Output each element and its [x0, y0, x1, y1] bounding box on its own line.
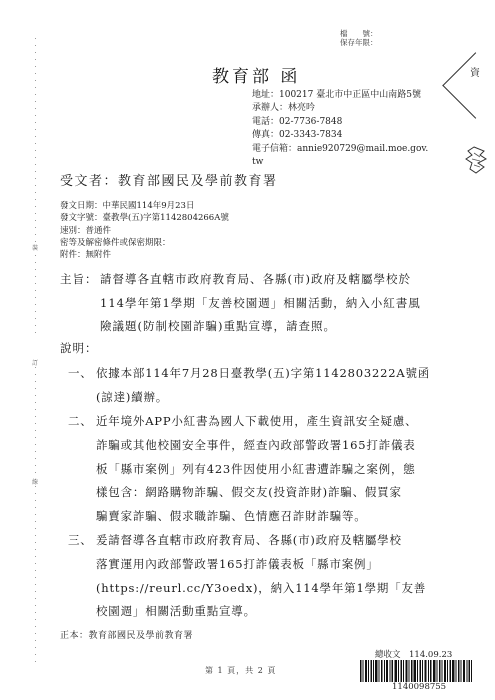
seal-scroll-icon	[462, 145, 492, 175]
subject-line: 114學年第1學期「友善校園週」相關活動，納入小紅書風	[60, 292, 421, 316]
barcode-number: 1140098755	[392, 682, 446, 692]
document-meta: 發文日期：中華民國114年9月23日 發文字號：臺教學(五)字第11428042…	[60, 200, 229, 261]
item-number: 二、	[68, 410, 96, 434]
email: 電子信箱：annie920729@mail.moe.gov.	[252, 143, 428, 156]
archive-info: 檔 號： 保存年限：	[340, 29, 378, 47]
carbon-copy: 正本：教育部國民及學前教育署	[60, 628, 193, 641]
item-number: 三、	[68, 529, 96, 553]
email-continued: tw	[252, 156, 428, 169]
e-document-stamp-icon	[442, 52, 495, 118]
document-title: 教育部 函	[212, 62, 300, 87]
classification: 密等及解密條件或保密期限：	[60, 237, 229, 249]
subject-section: 主旨：請督導各直轄市政府教育局、各縣(市)政府及轄屬學校於 114學年第1學期「…	[60, 268, 421, 339]
explanation-item-2: 二、近年境外APP小紅書為國人下載使用，產生資訊安全疑慮、 詐騙或其他校園安全事…	[68, 410, 417, 529]
subject-label: 主旨：	[60, 268, 100, 292]
retention-label: 保存年限：	[340, 38, 378, 47]
item-number: 一、	[68, 362, 96, 386]
fax: 傳真：02-3343-7834	[252, 129, 428, 142]
binding-mark-middle: 訂	[32, 358, 38, 367]
speed-class: 速別：普通件	[60, 225, 229, 237]
binding-mark-bottom: 線	[32, 477, 38, 486]
binding-line-upper	[35, 38, 36, 338]
page-number: 第 1 頁，共 2 頁	[205, 665, 276, 676]
attachment: 附件：無附件	[60, 249, 229, 261]
binding-line-lower	[35, 360, 36, 666]
address: 地址：100217 臺北市中正區中山南路5號	[252, 89, 428, 102]
phone: 電話：02-7736-7848	[252, 116, 428, 129]
explanation-item-1: 一、依據本部114年7月28日臺教學(五)字第1142803222A號函 (諒達…	[68, 362, 430, 410]
subject-line: 險議題(防制校園詐騙)重點宣導，請查照。	[60, 315, 421, 339]
contact-block: 地址：100217 臺北市中正區中山南路5號 承辦人：林亮吟 電話：02-773…	[252, 89, 428, 169]
explanation-item-3: 三、爰請督導各直轄市政府教育局、各縣(市)政府及轄屬學校 落實運用內政部警政署1…	[68, 529, 426, 624]
stamp-text: 資	[470, 68, 480, 80]
file-number-label: 檔 號：	[340, 29, 378, 38]
recipient: 受文者：教育部國民及學前教育署	[60, 170, 278, 189]
subject-line: 請督導各直轄市政府教育局、各縣(市)政府及轄屬學校於	[100, 272, 411, 286]
explanation-label: 說明：	[60, 340, 98, 356]
binding-mark-top: 裝	[32, 243, 38, 252]
reference-link: (https://reurl.cc/Y3oedx)，納入114學年第1學期「友善	[68, 577, 426, 601]
received-stamp: 總收文 114.09.23	[375, 648, 452, 660]
barcode-icon	[360, 660, 472, 682]
issue-date: 發文日期：中華民國114年9月23日	[60, 200, 229, 212]
officer: 承辦人：林亮吟	[252, 102, 428, 115]
document-number: 發文字號：臺教學(五)字第1142804266A號	[60, 212, 229, 224]
